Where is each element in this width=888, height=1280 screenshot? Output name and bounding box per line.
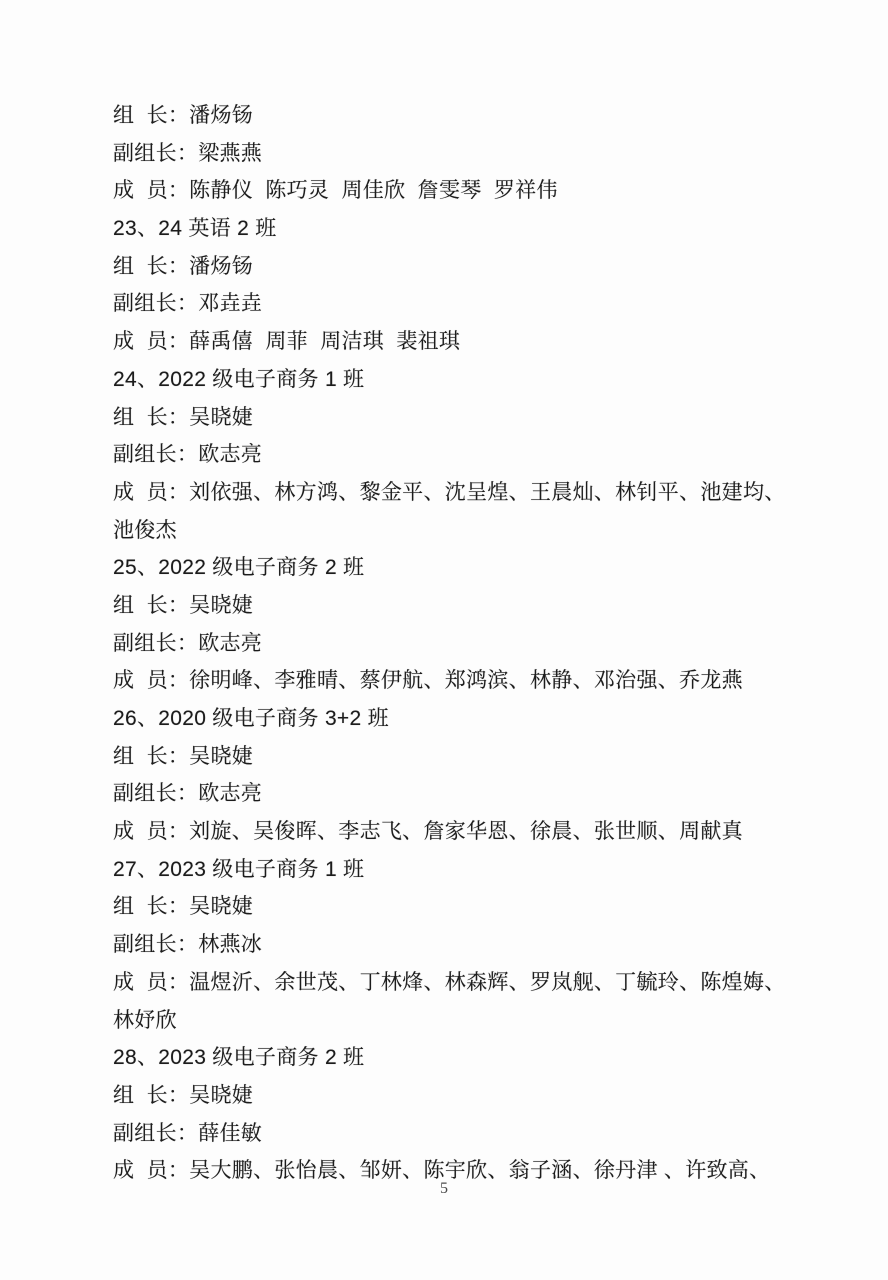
- deputy-leader-line: 副组长：欧志亮: [113, 775, 803, 813]
- members-cont-line: 池俊杰: [113, 512, 803, 550]
- members-line: 成 员：刘依强、林方鸿、黎金平、沈呈煌、王晨灿、林钊平、池建均、: [113, 474, 803, 512]
- class-title-line: 25、2022 级电子商务 2 班: [113, 549, 803, 587]
- members-line: 成 员：薛禹僖 周菲 周洁琪 裴祖琪: [113, 323, 803, 361]
- members-line: 成 员：温煜沂、余世茂、丁林烽、林森辉、罗岚舰、丁毓玲、陈煌娒、: [113, 964, 803, 1002]
- class-title-line: 26、2020 级电子商务 3+2 班: [113, 700, 803, 738]
- group-leader-line: 组 长：吴晓婕: [113, 399, 803, 437]
- group-leader-line: 组 长：吴晓婕: [113, 587, 803, 625]
- deputy-leader-line: 副组长：欧志亮: [113, 625, 803, 663]
- class-title-line: 28、2023 级电子商务 2 班: [113, 1039, 803, 1077]
- deputy-leader-line: 副组长：薛佳敏: [113, 1115, 803, 1153]
- deputy-leader-line: 副组长：邓垚垚: [113, 285, 803, 323]
- members-line: 成 员：刘旋、吴俊晖、李志飞、詹家华恩、徐晨、张世顺、周献真: [113, 813, 803, 851]
- members-cont-line: 林妤欣: [113, 1002, 803, 1040]
- members-line: 成 员：陈静仪 陈巧灵 周佳欣 詹雯琴 罗祥伟: [113, 172, 803, 210]
- group-leader-line: 组 长：吴晓婕: [113, 1077, 803, 1115]
- page-number: 5: [0, 1178, 888, 1200]
- class-title-line: 24、2022 级电子商务 1 班: [113, 361, 803, 399]
- members-line: 成 员：徐明峰、李雅晴、蔡伊航、郑鸿滨、林静、邓治强、乔龙燕: [113, 662, 803, 700]
- group-leader-line: 组 长：潘炀钖: [113, 97, 803, 135]
- group-leader-line: 组 长：吴晓婕: [113, 888, 803, 926]
- group-leader-line: 组 长：吴晓婕: [113, 738, 803, 776]
- document-page: 组 长：潘炀钖副组长：梁燕燕成 员：陈静仪 陈巧灵 周佳欣 詹雯琴 罗祥伟23、…: [0, 0, 888, 1280]
- class-title-line: 27、2023 级电子商务 1 班: [113, 851, 803, 889]
- deputy-leader-line: 副组长：梁燕燕: [113, 135, 803, 173]
- deputy-leader-line: 副组长：林燕冰: [113, 926, 803, 964]
- document-body: 组 长：潘炀钖副组长：梁燕燕成 员：陈静仪 陈巧灵 周佳欣 詹雯琴 罗祥伟23、…: [113, 97, 803, 1190]
- deputy-leader-line: 副组长：欧志亮: [113, 436, 803, 474]
- class-title-line: 23、24 英语 2 班: [113, 210, 803, 248]
- group-leader-line: 组 长：潘炀钖: [113, 248, 803, 286]
